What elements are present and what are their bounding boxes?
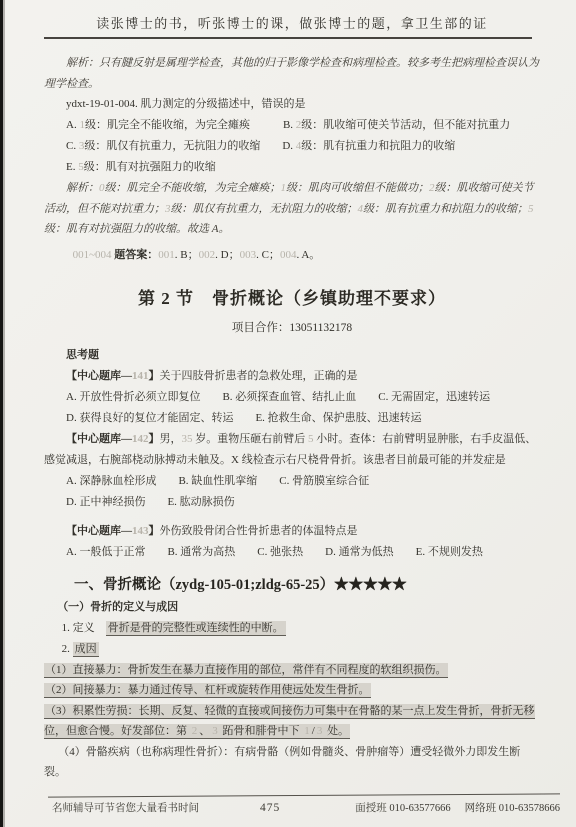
cooperation-line: 项目合作：13051132178	[44, 319, 540, 337]
text-segment: 35	[182, 433, 193, 445]
options-row-142-abc: A. 深静脉血栓形成 B. 缺血性肌挛缩 C. 骨筋膜室综合征	[44, 471, 540, 492]
text-segment: 】	[149, 433, 160, 445]
text-segment: 143	[132, 525, 149, 537]
question-stem-ydxt: ydxt-19-01-004. 肌力测定的分级描述中，错误的是	[44, 94, 540, 115]
options-row-ab: A. 1级：肌完全不能收缩，为完全瘫痪 B. 2级：肌收缩可使关节活动，但不能对…	[44, 115, 540, 136]
text-segment: 级：肌仅有抗重力，无抗阻力的收缩；	[171, 203, 358, 215]
text-segment: E. 抢救生命、保护患肢、迅速转运	[255, 412, 421, 424]
text-segment: D. 通常为低热	[325, 546, 393, 558]
text-segment: 003	[240, 249, 257, 261]
text-segment: 】	[149, 370, 160, 382]
text-segment: 【中心题库—	[66, 525, 132, 537]
text-segment	[303, 546, 325, 558]
scan-edge-shadow	[3, 0, 5, 827]
footer-rule	[48, 793, 560, 797]
text-segment	[145, 496, 167, 508]
footer-contacts: 面授班 010-63577666网络班 010-63578666	[341, 800, 560, 815]
page-content: 读张博士的书，听张博士的课，做张博士的题，拿卫生部的证 解析：只有腱反射是属理学…	[44, 14, 540, 783]
text-segment	[233, 412, 255, 424]
text-segment: E. 肱动脉损伤	[167, 496, 234, 508]
cause-label-line: 2. 成因	[44, 639, 540, 660]
text-segment: 002	[199, 249, 216, 261]
text-segment: 004	[280, 249, 297, 261]
cause-direct-highlight: （1）直接暴力：骨折发生在暴力直接作用的部位，常伴有不同程度的软组织损伤。	[44, 663, 448, 678]
text-segment	[260, 140, 282, 152]
section-title: 第 2 节 骨折概论（乡镇助理不要求）	[44, 286, 540, 312]
text-segment: . A。	[296, 249, 320, 261]
text-segment: A. 深静脉血栓形成	[66, 475, 156, 487]
text-segment: 级：肌有抗重力和抗阻力的收缩	[301, 140, 455, 152]
text-segment	[145, 546, 167, 558]
text-segment: 级：肌完全不能收缩，为完全瘫痪；	[105, 182, 281, 194]
text-segment: 题答案：	[114, 249, 158, 261]
text-segment: 【中心题库—	[66, 370, 132, 382]
text-segment: B.	[283, 119, 296, 131]
text-segment: 、	[198, 724, 211, 739]
text-segment: D. 获得良好的复位才能固定、转运	[66, 412, 233, 424]
text-segment	[257, 475, 279, 487]
text-segment: 【中心题库—	[66, 433, 132, 445]
header-rule	[44, 37, 532, 39]
text-segment: C.	[66, 140, 79, 152]
options-row-142-de: D. 正中神经损伤 E. 肱动脉损伤	[44, 492, 540, 513]
text-segment: C. 弛张热	[257, 546, 303, 558]
page-footer: 名师辅导可节省您大量看书时间 475 面授班 010-63577666网络班 0…	[0, 795, 576, 815]
question-stem-143: 【中心题库—143】外伤致股骨闭合性骨折患者的体温特点是	[44, 521, 540, 542]
text-segment: 处。	[323, 724, 350, 739]
text-segment: 】	[149, 525, 160, 537]
scanned-book-page: 读张博士的书，听张博士的课，做张博士的题，拿卫生部的证 解析：只有腱反射是属理学…	[0, 0, 576, 827]
text-segment: B. 通常为高热	[167, 546, 235, 558]
text-segment: . B；	[175, 249, 199, 261]
text-segment: A. 开放性骨折必须立即复位	[66, 391, 200, 403]
text-segment	[250, 119, 283, 131]
question-stem-142: 【中心题库—142】男，35 岁。重物压砸右前臂后 5 小时。查体：右前臂明显肿…	[44, 429, 540, 471]
text-segment: 男，	[160, 433, 182, 445]
text-segment: 关于四肢骨折患者的急救处理，正确的是	[160, 370, 358, 382]
text-segment	[235, 546, 257, 558]
footer-tagline: 名师辅导可节省您大量看书时间	[52, 800, 199, 815]
options-row-141-de: D. 获得良好的复位才能固定、转运 E. 抢救生命、保护患肢、迅速转运	[44, 408, 540, 429]
text-segment: 跖骨和腓骨中下	[219, 724, 304, 739]
text-segment	[200, 391, 222, 403]
definition-line: 1. 定义 骨折是骨的完整性或连续性的中断。	[44, 618, 540, 639]
text-segment: C. 无需固定，迅速转运	[378, 391, 490, 403]
footer-onsite-class-phone: 面授班 010-63577666	[355, 803, 450, 814]
text-segment: 级：肌有对抗强阻力的收缩。故选 A。	[44, 223, 229, 235]
text-segment: D. 正中神经损伤	[66, 496, 145, 508]
text-segment: C. 骨筋膜室综合征	[279, 475, 369, 487]
analysis-paragraph-tendon: 解析：只有腱反射是属理学检查，其他的归于影像学检查和病理检查。较多考生把病理检查…	[44, 53, 540, 94]
text-segment: 142	[132, 433, 149, 445]
subsection-definition-causes: （一）骨折的定义与成因	[44, 597, 540, 618]
text-segment	[356, 391, 378, 403]
cause-highlight: 成因	[73, 642, 99, 657]
text-segment: D.	[282, 140, 295, 152]
text-segment: 5	[528, 203, 534, 215]
text-segment: 外伤致股骨闭合性骨折患者的体温特点是	[160, 525, 358, 537]
text-segment: B. 必须探查血管、结扎止血	[222, 391, 356, 403]
text-segment: E. 不规则发热	[416, 546, 483, 558]
analysis-paragraph-grades: 解析：0级：肌完全不能收缩，为完全瘫痪；1级：肌肉可收缩但不能做功；2级：肌收缩…	[44, 178, 540, 240]
text-segment: 3	[211, 724, 219, 739]
text-segment: 级：肌有抗重力和抗阻力的收缩；	[363, 203, 528, 215]
footer-row: 名师辅导可节省您大量看书时间 475 面授班 010-63577666网络班 0…	[0, 800, 576, 815]
topic-heading-fracture-overview: 一、骨折概论（zydg-105-01;zldg-65-25）★★★★★	[44, 573, 540, 597]
text-segment	[394, 546, 416, 558]
text-segment: 级：肌肉可收缩但不能做功；	[286, 182, 429, 194]
text-segment: 1	[303, 724, 311, 739]
cause-direct-violence: （1）直接暴力：骨折发生在暴力直接作用的部位，常伴有不同程度的软组织损伤。	[44, 660, 540, 681]
think-questions-label: 思考题	[44, 345, 540, 366]
cause-prefix: 2.	[62, 643, 73, 655]
text-segment: 001~004	[73, 249, 112, 261]
footer-online-class-phone: 网络班 010-63578666	[465, 803, 560, 814]
text-segment: A. 一般低于正常	[66, 546, 145, 558]
text-segment: A.	[66, 119, 79, 131]
cause-indirect-violence: （2）间接暴力：暴力通过传导、杠杆或旋转作用使远处发生骨折。	[44, 680, 540, 701]
answer-key-line: 001~004 题答案：001. B；002. D；003. C；004. A。	[44, 245, 540, 266]
options-row-e: E. 5级：肌有对抗强阻力的收缩	[44, 157, 540, 178]
definition-prefix: 1. 定义	[62, 622, 106, 634]
cause-bone-disease: （4）骨骼疾病（也称病理性骨折）：有病骨骼（例如骨髓炎、骨肿瘤等）遭受轻微外力即…	[44, 742, 540, 783]
text-segment: . D；	[215, 249, 239, 261]
text-segment: 解析：	[66, 182, 99, 194]
text-segment: B. 缺血性肌挛缩	[178, 475, 257, 487]
header-slogan: 读张博士的书，听张博士的课，做张博士的题，拿卫生部的证	[44, 14, 540, 34]
text-segment: 级：肌收缩可使关节活动，但不能对抗重力	[301, 119, 510, 131]
options-row-141-abc: A. 开放性骨折必须立即复位 B. 必须探查血管、结扎止血 C. 无需固定，迅速…	[44, 387, 540, 408]
question-stem-141: 【中心题库—141】关于四肢骨折患者的急救处理，正确的是	[44, 366, 540, 387]
page-number: 475	[260, 802, 280, 814]
text-segment: 级：肌有对抗强阻力的收缩	[84, 161, 216, 173]
options-row-cd: C. 3级：肌仅有抗重力，无抗阻力的收缩 D. 4级：肌有抗重力和抗阻力的收缩	[44, 136, 540, 157]
text-segment: 岁。重物压砸右前臂后	[193, 433, 309, 445]
cause-accumulated-strain: （3）积累性劳损：长期、反复、轻微的直接或间接伤力可集中在骨骼的某一点上发生骨折…	[44, 701, 540, 742]
text-segment	[156, 475, 178, 487]
text-segment: E.	[66, 161, 78, 173]
text-segment: 141	[132, 370, 149, 382]
text-segment: 001	[158, 249, 175, 261]
text-segment: . C；	[256, 249, 280, 261]
options-row-143: A. 一般低于正常 B. 通常为高热 C. 弛张热 D. 通常为低热 E. 不规…	[44, 542, 540, 563]
text-segment: 级：肌仅有抗重力，无抗阻力的收缩	[84, 140, 260, 152]
cause-indirect-highlight: （2）间接暴力：暴力通过传导、杠杆或旋转作用使远处发生骨折。	[44, 683, 371, 698]
text-segment: 级：肌完全不能收缩，为完全瘫痪	[85, 119, 250, 131]
definition-highlight: 骨折是骨的完整性或连续性的中断。	[106, 621, 286, 636]
